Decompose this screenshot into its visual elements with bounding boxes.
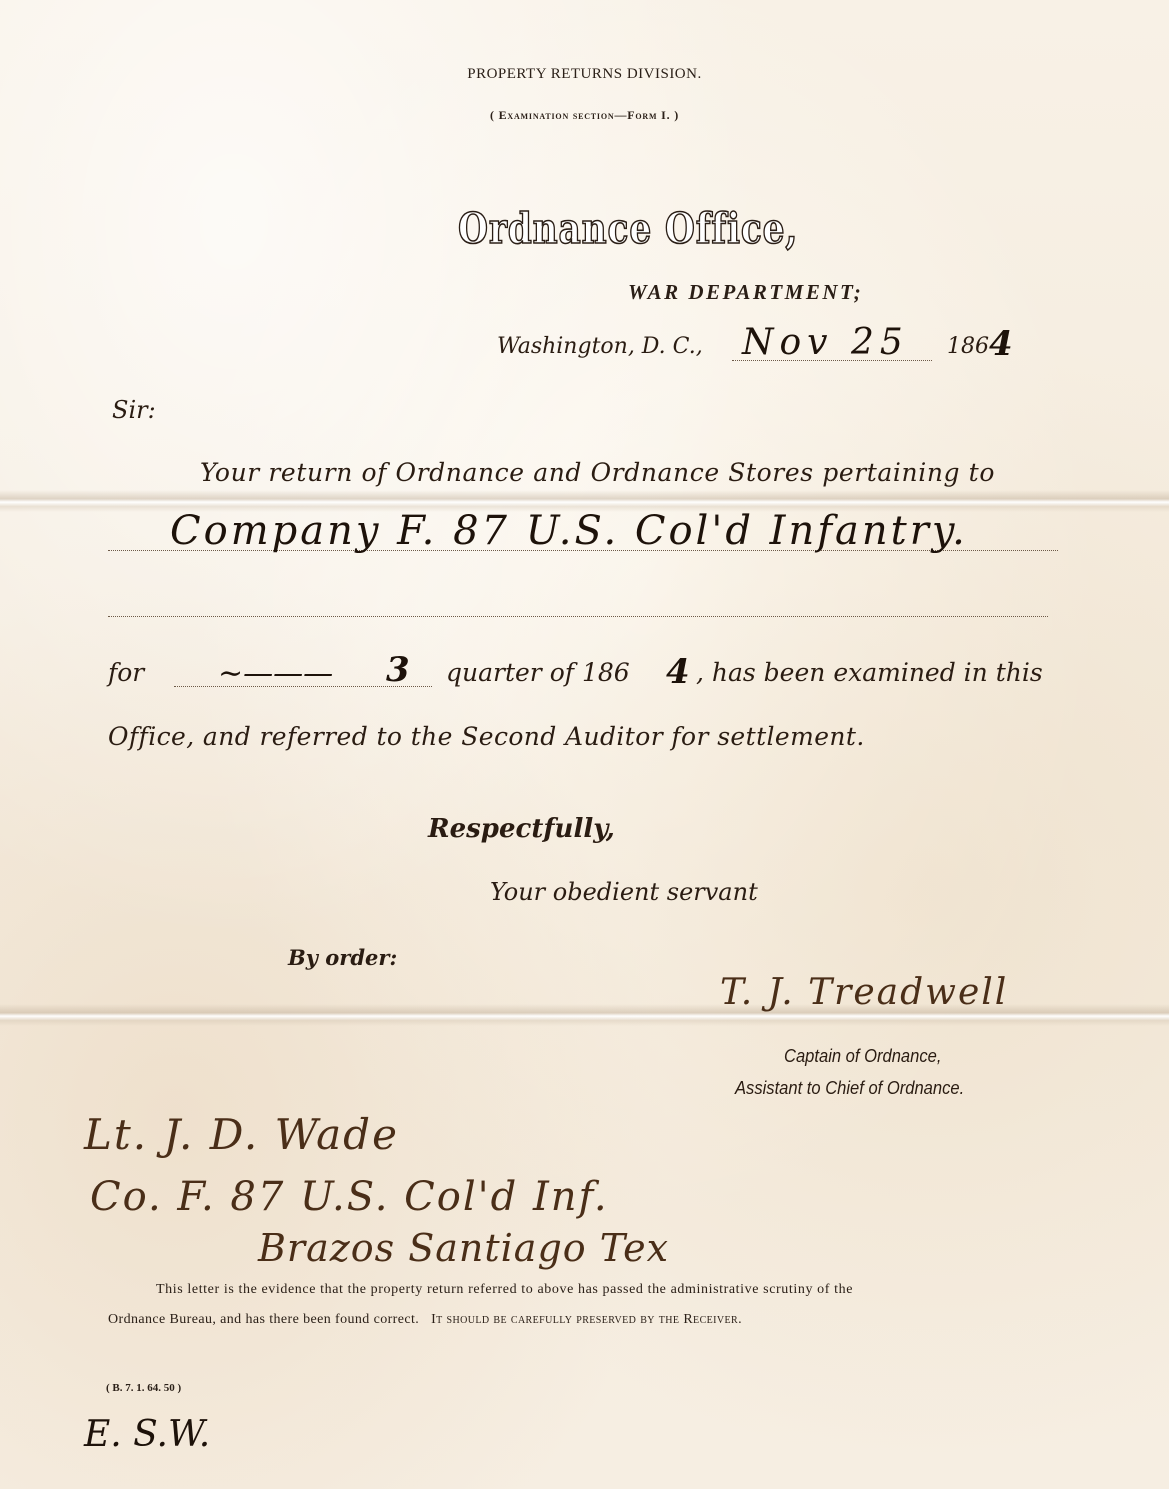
unit-handwritten: Company F. 87 U.S. Col'd Infantry. bbox=[170, 508, 968, 554]
address-line-3: Brazos Santiago Tex bbox=[258, 1226, 669, 1270]
signature: T. J. Treadwell bbox=[720, 972, 1008, 1013]
notice-line-2-text: Ordnance Bureau, and has there been foun… bbox=[108, 1312, 419, 1327]
signatory-title-2: Assistant to Chief of Ordnance. bbox=[735, 1078, 964, 1099]
examined-text: , has been examined in this bbox=[696, 658, 1043, 687]
quarter-flourish: ∼——— bbox=[218, 656, 333, 691]
year-handwritten: 4 bbox=[989, 324, 1013, 364]
by-order-label: By order: bbox=[288, 945, 397, 970]
date-line: Washington, D. C., Nov 25 186 4 bbox=[497, 328, 1057, 368]
preserve-notice: It should be carefully preserved by the … bbox=[431, 1312, 742, 1327]
for-label: for bbox=[108, 658, 144, 687]
quarter-text: quarter of 186 bbox=[446, 658, 630, 687]
address-line-1: Lt. J. D. Wade bbox=[84, 1110, 399, 1159]
date-handwritten: Nov 25 bbox=[742, 322, 909, 363]
quarter-handwritten: 3 bbox=[386, 650, 410, 690]
department-heading: WAR DEPARTMENT; bbox=[628, 280, 863, 305]
place-label: Washington, D. C., bbox=[497, 334, 703, 359]
address-line-2: Co. F. 87 U.S. Col'd Inf. bbox=[90, 1174, 609, 1220]
division-heading: PROPERTY RETURNS DIVISION. bbox=[0, 66, 1169, 83]
form-code: ( B. 7. 1. 64. 50 ) bbox=[106, 1382, 181, 1394]
closing-respectfully: Respectfully, bbox=[428, 814, 615, 844]
signatory-title-1: Captain of Ordnance, bbox=[784, 1046, 941, 1067]
year-printed: 186 bbox=[947, 334, 989, 359]
closing-servant: Your obedient servant bbox=[490, 878, 758, 906]
notice-line-2: Ordnance Bureau, and has there been foun… bbox=[108, 1312, 742, 1328]
quarter-year-handwritten: 4 bbox=[666, 652, 690, 692]
body-line-3: for ∼——— 3 quarter of 186 4 , has been e… bbox=[108, 654, 1058, 698]
office-title: Ordnance Office, bbox=[458, 204, 798, 253]
body-line-1: Your return of Ordnance and Ordnance Sto… bbox=[200, 458, 995, 487]
salutation: Sir: bbox=[112, 396, 156, 424]
notice-line-1: This letter is the evidence that the pro… bbox=[156, 1282, 853, 1298]
initials-handwritten: E. S.W. bbox=[84, 1414, 210, 1455]
section-subheading: ( Examination section—Form I. ) bbox=[0, 108, 1169, 123]
blank-field-line bbox=[108, 616, 1048, 617]
body-line-4: Office, and referred to the Second Audit… bbox=[108, 722, 865, 751]
